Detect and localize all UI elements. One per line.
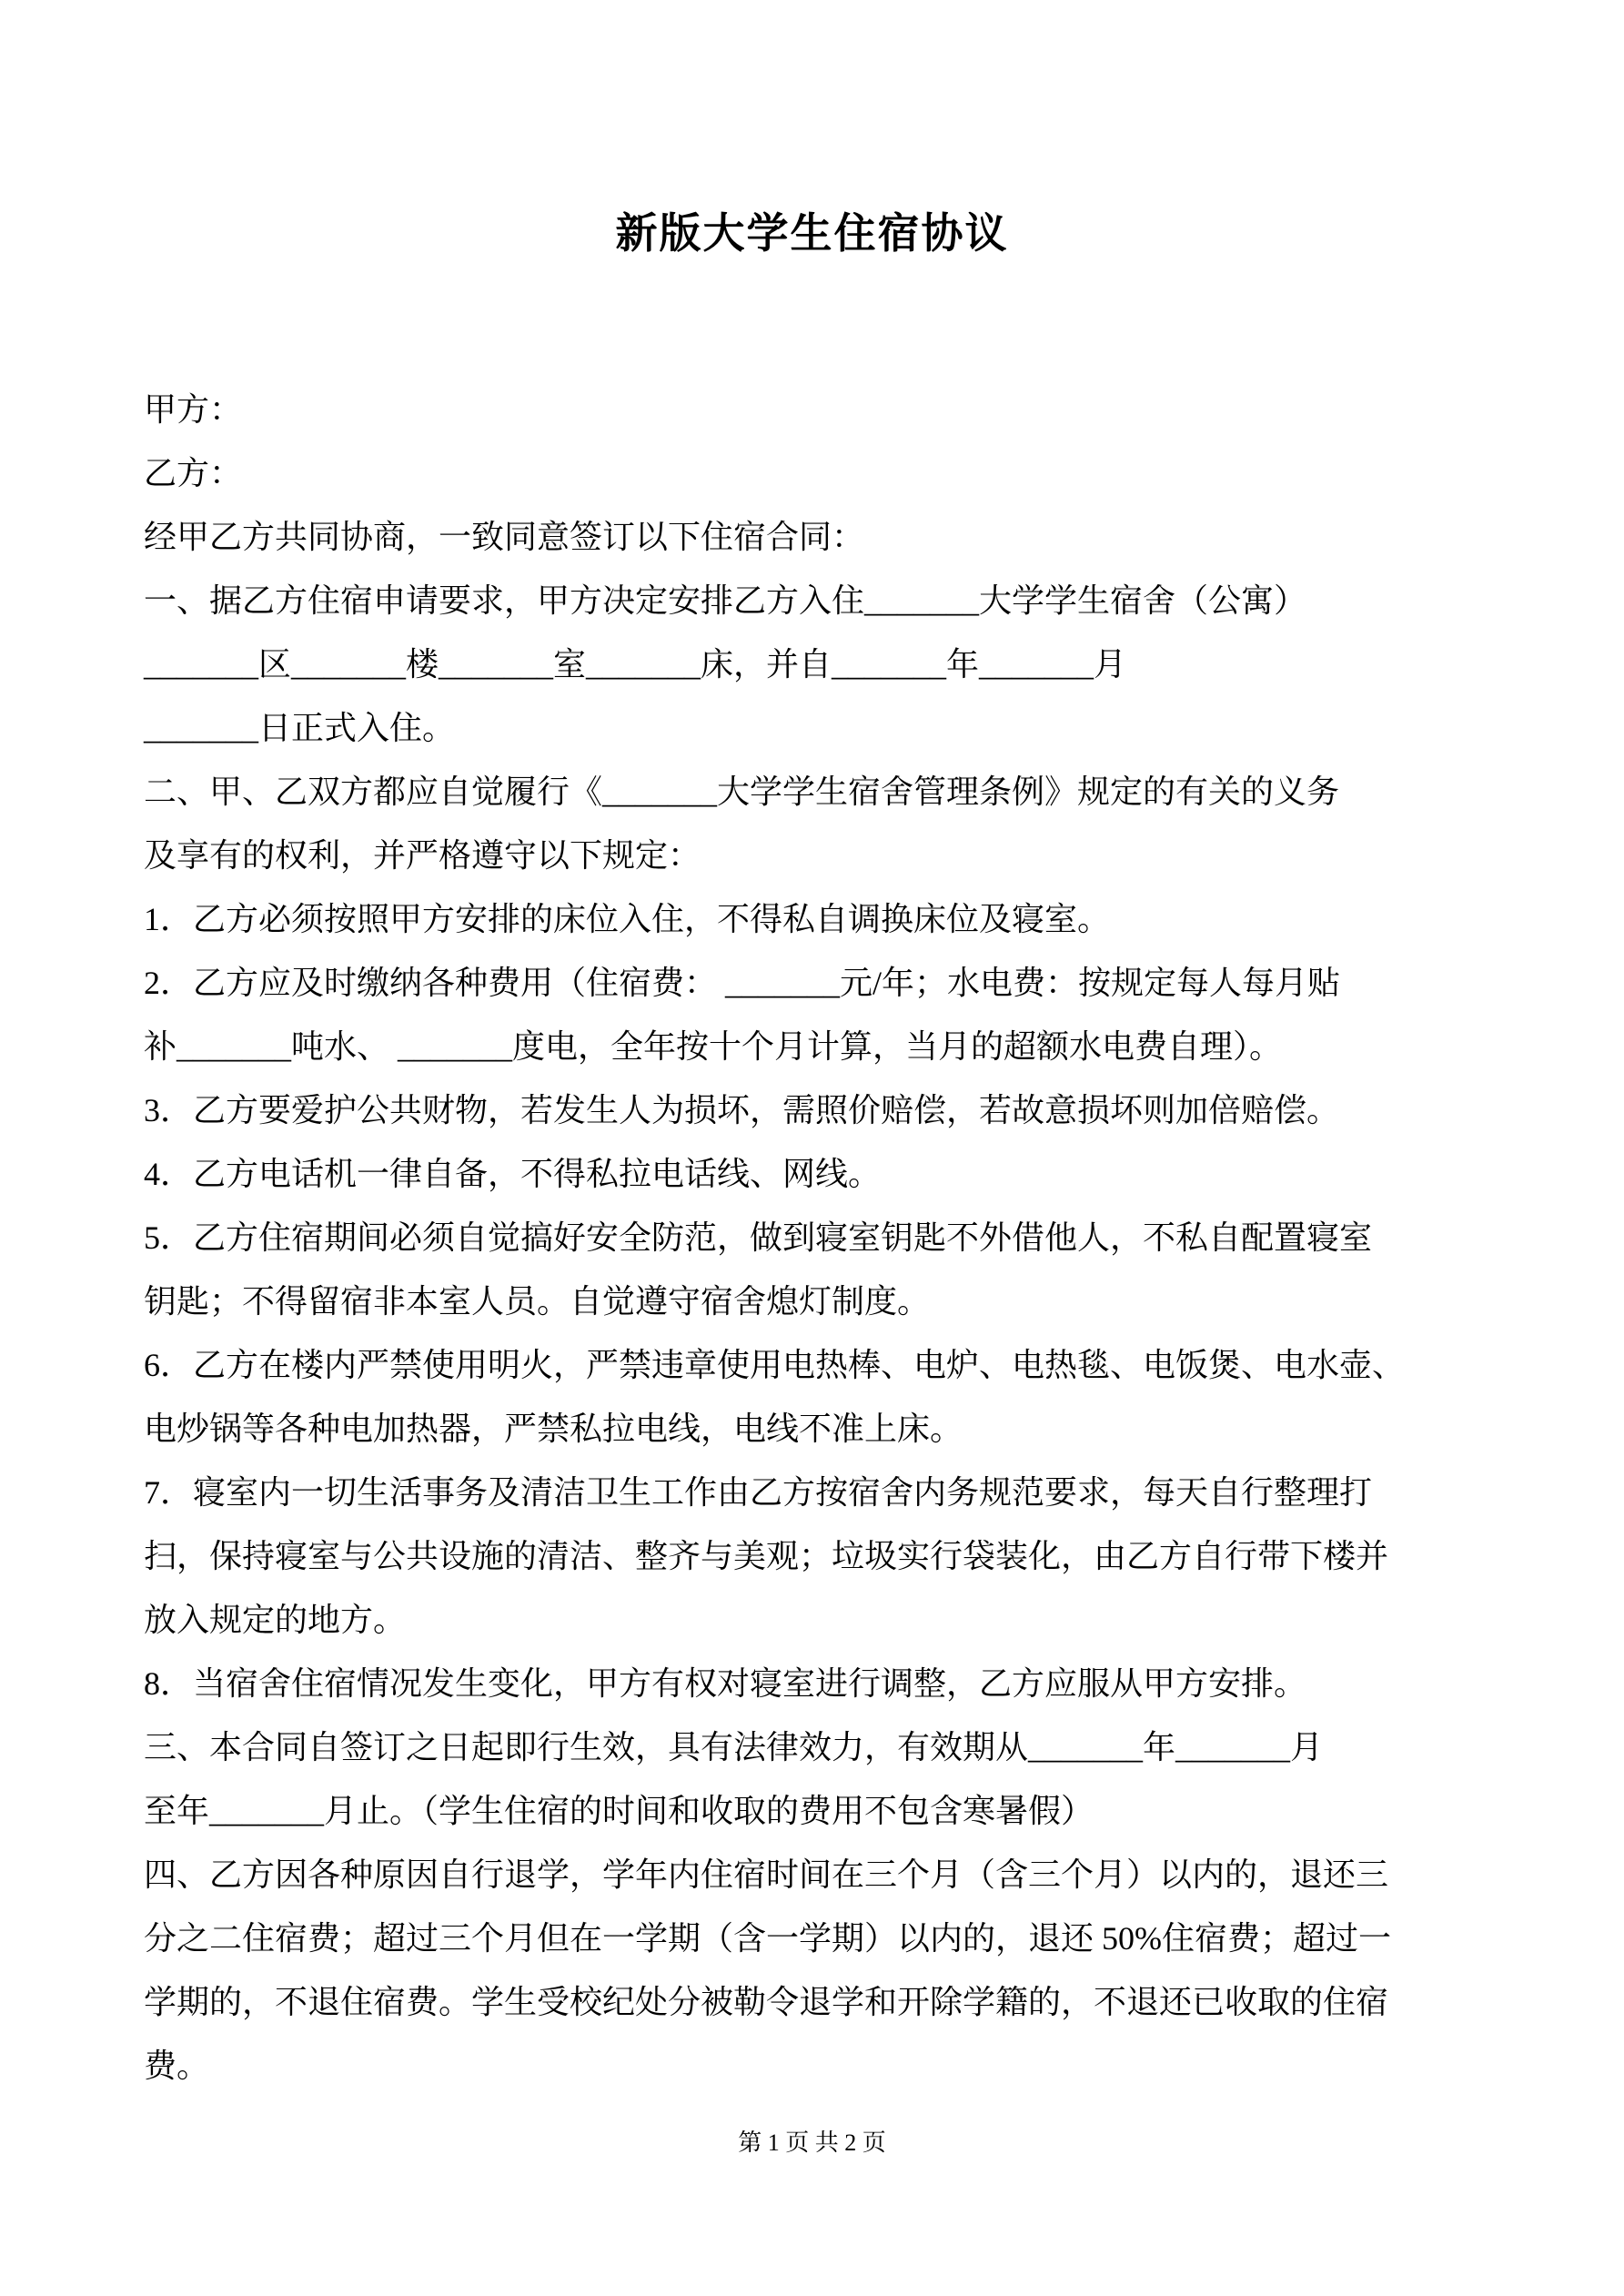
document-line-3: 经甲乙方共同协商，一致同意签订以下住宿合同： [144,505,1508,569]
document-line-9: 1．乙方必须按照甲方安排的床位入住，不得私自调换床位及寝室。 [144,887,1508,951]
document-line-24: 四、乙方因各种原因自行退学，学年内住宿时间在三个月（含三个月）以内的，退还三 [144,1843,1508,1907]
document-line-14: 5．乙方住宿期间必须自觉搞好安全防范，做到寝室钥匙不外借他人，不私自配置寝室 [144,1206,1508,1269]
document-line-12: 3．乙方要爱护公共财物，若发生人为损坏，需照价赔偿，若故意损坏则加倍赔偿。 [144,1078,1508,1142]
document-line-19: 扫，保持寝室与公共设施的清洁、整齐与美观；垃圾实行袋装化，由乙方自行带下楼并 [144,1524,1508,1588]
page-number-footer: 第 1 页 共 2 页 [0,2120,1624,2166]
document-line-18: 7．寝室内一切生活事务及清洁卫生工作由乙方按宿舍内务规范要求，每天自行整理打 [144,1461,1508,1524]
document-line-1: 甲方： [144,378,1508,441]
document-line-22: 三、本合同自签订之日起即行生效，具有法律效力，有效期从_______年_____… [144,1715,1508,1779]
document-line-25: 分之二住宿费；超过三个月但在一学期（含一学期）以内的，退还 50%住宿费；超过一 [144,1907,1508,1970]
document-line-4: 一、据乙方住宿申请要求，甲方决定安排乙方入住_______大学学生宿舍（公寓） [144,569,1508,632]
document-line-2: 乙方： [144,441,1508,505]
document-line-26: 学期的，不退住宿费。学生受校纪处分被勒令退学和开除学籍的，不退还已收取的住宿 [144,1970,1508,2034]
document-line-16: 6．乙方在楼内严禁使用明火，严禁违章使用电热棒、电炉、电热毯、电饭煲、电水壶、 [144,1333,1508,1397]
document-line-6: _______日正式入住。 [144,696,1508,760]
document-line-7: 二、甲、乙双方都应自觉履行《_______大学学生宿舍管理条例》规定的有关的义务 [144,760,1508,824]
document-page: 新版大学生住宿协议 甲方：乙方：经甲乙方共同协商，一致同意签订以下住宿合同：一、… [0,0,1624,2296]
document-line-20: 放入规定的地方。 [144,1588,1508,1652]
document-line-10: 2．乙方应及时缴纳各种费用（住宿费： _______元/年；水电费：按规定每人每… [144,951,1508,1015]
document-line-15: 钥匙；不得留宿非本室人员。自觉遵守宿舍熄灯制度。 [144,1269,1508,1333]
document-line-8: 及享有的权利，并严格遵守以下规定： [144,824,1508,887]
document-line-11: 补_______吨水、 _______度电，全年按十个月计算，当月的超额水电费自… [144,1015,1508,1078]
document-line-27: 费。 [144,2034,1508,2098]
document-line-21: 8．当宿舍住宿情况发生变化，甲方有权对寝室进行调整，乙方应服从甲方安排。 [144,1652,1508,1715]
document-line-23: 至年_______月止。（学生住宿的时间和收取的费用不包含寒暑假） [144,1779,1508,1843]
document-line-5: _______区_______楼_______室_______床，并自_____… [144,632,1508,696]
document-title: 新版大学生住宿协议 [0,207,1624,260]
document-body: 甲方：乙方：经甲乙方共同协商，一致同意签订以下住宿合同：一、据乙方住宿申请要求，… [144,378,1508,2098]
document-line-17: 电炒锅等各种电加热器，严禁私拉电线，电线不准上床。 [144,1397,1508,1461]
document-line-13: 4．乙方电话机一律自备，不得私拉电话线、网线。 [144,1142,1508,1206]
